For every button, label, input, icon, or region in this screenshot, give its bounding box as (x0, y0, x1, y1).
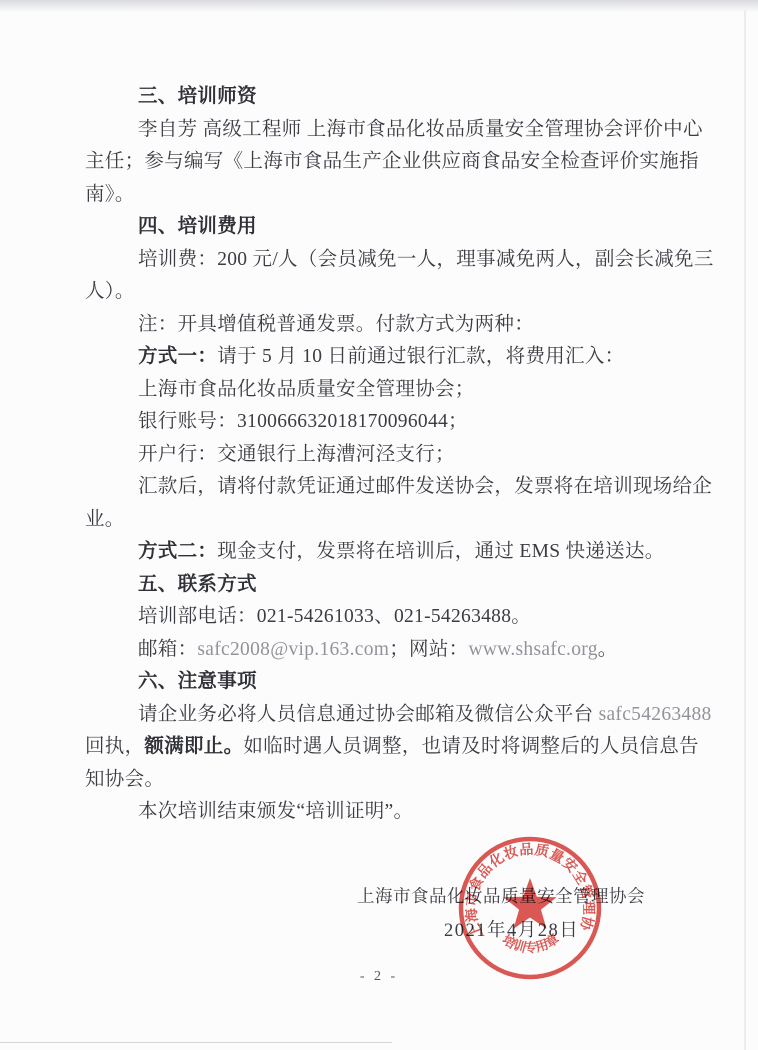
text-run: 培训部电话：021-54261033、021-54263488。 (138, 606, 531, 627)
text-run: 额满即止。 (144, 736, 243, 757)
scan-edge-bottom (0, 1042, 392, 1043)
official-seal-stamp: 上海市食品化妆品质量安全管理协会 培训专用章 (455, 833, 605, 983)
text-run: 李自芳 高级工程师 上海市食品化妆品质量安全管理协会评价中心 (138, 119, 703, 140)
text-line: 邮箱：safc2008@vip.163.com；网站：www.shsafc.or… (85, 634, 697, 667)
section-heading: 五、联系方式 (85, 569, 697, 602)
text-line: 培训费：200 元/人（会员减免一人，理事减免两人，副会长减免三 (85, 244, 697, 277)
text-run: safc54263488 (599, 704, 712, 725)
text-run: 汇款后，请将付款凭证通过邮件发送协会，发票将在培训现场给企 (138, 476, 712, 497)
text-run: 本次培训结束颁发“培训证明”。 (138, 801, 413, 822)
text-run: 六、注意事项 (138, 671, 257, 692)
text-line: 培训部电话：021-54261033、021-54263488。 (85, 601, 697, 634)
text-run: 回执， (85, 736, 144, 757)
text-run: ；网站： (389, 639, 468, 660)
text-run: 四、培训费用 (138, 216, 257, 237)
text-run: 培训费：200 元/人（会员减免一人，理事减免两人，副会长减免三 (138, 249, 714, 270)
text-run: 知协会。 (85, 769, 164, 790)
text-run: 开户行：交通银行上海漕河泾支行； (138, 444, 455, 465)
text-line: 人）。 (85, 276, 697, 309)
text-run: safc2008@vip.163.com (197, 639, 389, 660)
text-run: 方式二： (138, 541, 217, 562)
document-page: 三、培训师资李自芳 高级工程师 上海市食品化妆品质量安全管理协会评价中心主任；参… (0, 0, 758, 1050)
stamp-bottom-text: 培训专用章 (500, 931, 562, 955)
text-line: 本次培训结束颁发“培训证明”。 (85, 796, 697, 829)
text-line: 主任；参与编写《上海市食品生产企业供应商食品安全检查评价实施指 (85, 146, 697, 179)
section-heading: 三、培训师资 (85, 81, 697, 114)
text-line: 上海市食品化妆品质量安全管理协会； (85, 374, 697, 407)
text-line: 银行账号：310066632018170096044； (85, 406, 697, 439)
text-line: 业。 (85, 504, 697, 537)
text-run: 人）。 (85, 281, 135, 302)
text-line: 知协会。 (85, 764, 697, 797)
text-line: 方式二：现金支付，发票将在培训后，通过 EMS 快递送达。 (85, 536, 697, 569)
text-line: 请企业务必将人员信息通过协会邮箱及微信公众平台 safc54263488 (85, 699, 697, 732)
text-run: 主任；参与编写《上海市食品生产企业供应商食品安全检查评价实施指 (85, 151, 699, 172)
text-line: 方式一：请于 5 月 10 日前通过银行汇款，将费用汇入： (85, 341, 697, 374)
section-heading: 六、注意事项 (85, 666, 697, 699)
text-line: 开户行：交通银行上海漕河泾支行； (85, 439, 697, 472)
text-run: 如临时遇人员调整，也请及时将调整后的人员信息告 (243, 736, 698, 757)
page-number: - 2 - (0, 969, 758, 985)
text-run: 注：开具增值税普通发票。付款方式为两种： (138, 314, 534, 335)
text-run: 。 (598, 639, 618, 660)
text-run: 邮箱： (138, 639, 197, 660)
text-line: 汇款后，请将付款凭证通过邮件发送协会，发票将在培训现场给企 (85, 471, 697, 504)
scan-edge-right (744, 10, 746, 1050)
text-run: 五、联系方式 (138, 574, 257, 595)
text-line: 李自芳 高级工程师 上海市食品化妆品质量安全管理协会评价中心 (85, 114, 697, 147)
text-run: 上海市食品化妆品质量安全管理协会； (138, 379, 475, 400)
text-run: 请于 5 月 10 日前通过银行汇款，将费用汇入： (217, 346, 624, 367)
text-line: 回执，额满即止。如临时遇人员调整，也请及时将调整后的人员信息告 (85, 731, 697, 764)
text-run: 银行账号：310066632018170096044； (138, 411, 468, 432)
text-run: 方式一： (138, 346, 217, 367)
section-heading: 四、培训费用 (85, 211, 697, 244)
text-run: www.shsafc.org (468, 639, 597, 660)
text-run: 三、培训师资 (138, 86, 257, 107)
stamp-ring-text: 上海市食品化妆品质量安全管理协会 (455, 833, 597, 940)
text-line: 南》。 (85, 179, 697, 212)
star-icon (503, 878, 556, 929)
text-line: 注：开具增值税普通发票。付款方式为两种： (85, 309, 697, 342)
text-run: 业。 (85, 509, 125, 530)
text-run: 南》。 (85, 184, 135, 205)
scan-edge-top (0, 0, 758, 12)
text-run: 请企业务必将人员信息通过协会邮箱及微信公众平台 (138, 704, 599, 725)
document-lines: 三、培训师资李自芳 高级工程师 上海市食品化妆品质量安全管理协会评价中心主任；参… (85, 81, 697, 829)
text-run: 现金支付，发票将在培训后，通过 EMS 快递送达。 (217, 541, 664, 562)
